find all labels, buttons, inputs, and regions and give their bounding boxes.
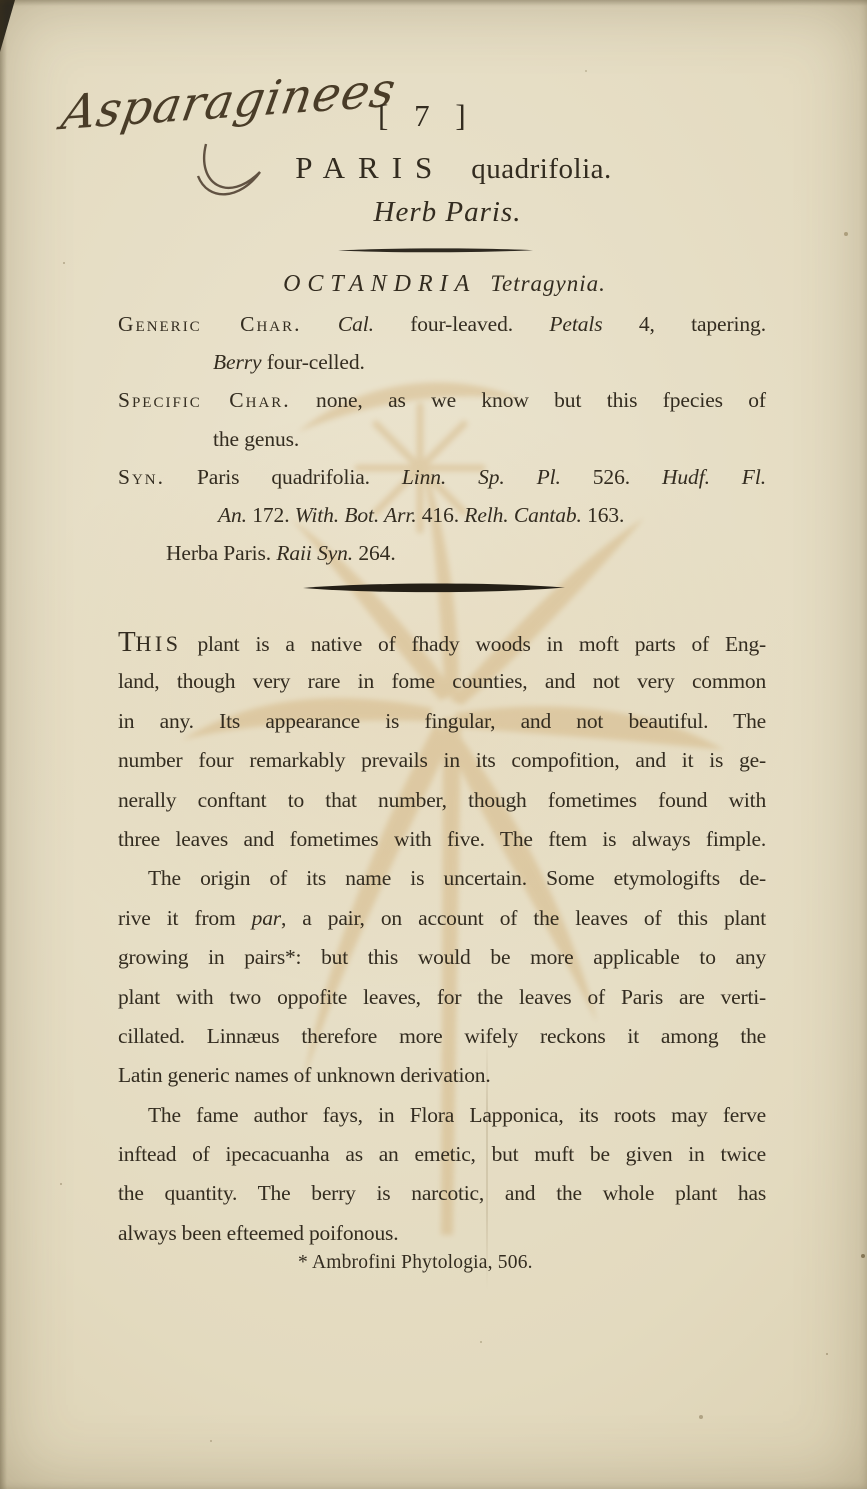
taxonomy-class: OCTANDRIA [283, 271, 476, 297]
text-line: Syn. Paris quadrifolia. Linn. Sp. Pl. 52… [118, 458, 766, 496]
text-line: the quantity. The berry is narcotic, and… [118, 1174, 766, 1213]
text-line: land, though very rare in fome counties,… [118, 662, 766, 701]
divider-rule-thin [338, 246, 533, 255]
char-block: Generic Char. Cal. four-leaved. Petals 4… [118, 305, 766, 572]
text-line: the genus. [118, 420, 766, 458]
text-line: inftead of ipecacuanha as an emetic, but… [118, 1135, 766, 1174]
taxonomy-line: OCTANDRIATetragynia. [0, 271, 867, 298]
divider-rule-bold [303, 581, 565, 595]
text-line: THIS plant is a native of fhady woods in… [118, 623, 766, 662]
text-line: cillated. Linnæus therefore more wifely … [118, 1017, 766, 1056]
text-line: nerally conftant to that number, though … [118, 781, 766, 820]
text-line: Generic Char. Cal. four-leaved. Petals 4… [118, 305, 766, 343]
text-line: growing in pairs*: but this would be mor… [118, 938, 766, 977]
body-block: THIS plant is a native of fhady woods in… [118, 623, 766, 1253]
handwritten-annotation: Asparaginees [57, 62, 406, 142]
text-line: The fame author fays, in Flora Lapponica… [118, 1096, 766, 1135]
text-line: The origin of its name is uncertain. Som… [118, 859, 766, 898]
footnote: * Ambrofini Phytologia, 506. [118, 1252, 766, 1274]
text-line: Specific Char. none, as we know but this… [118, 381, 766, 419]
text-line: always been efteemed poifonous. [118, 1214, 766, 1253]
text-line: plant with two oppofite leaves, for the … [118, 978, 766, 1017]
title-genus: PARIS [295, 150, 445, 185]
text-line: Herba Paris. Raii Syn. 264. [118, 534, 766, 572]
paper-specks [0, 0, 2, 2]
taxonomy-order: Tetragynia. [490, 271, 606, 296]
text-line: Berry four-celled. [118, 343, 766, 381]
title-line: PARISquadrifolia. [0, 150, 867, 186]
text-line: in any. Its appearance is fingular, and … [118, 702, 766, 741]
text-line: Latin generic names of unknown derivatio… [118, 1056, 766, 1095]
book-page: Asparaginees [ 7 ] PARISquadrifolia. Her… [0, 0, 867, 1489]
title-species: quadrifolia. [471, 153, 611, 185]
common-name: Herb Paris. [0, 196, 867, 229]
text-line: rive it from par, a pair, on account of … [118, 899, 766, 938]
text-line: three leaves and fometimes with five. Th… [118, 820, 766, 859]
page-number: [ 7 ] [378, 98, 475, 134]
text-line: number four remarkably prevails in its c… [118, 741, 766, 780]
scan-edge-shadow-top [0, 0, 867, 6]
text-line: An. 172. With. Bot. Arr. 416. Relh. Cant… [118, 496, 766, 534]
